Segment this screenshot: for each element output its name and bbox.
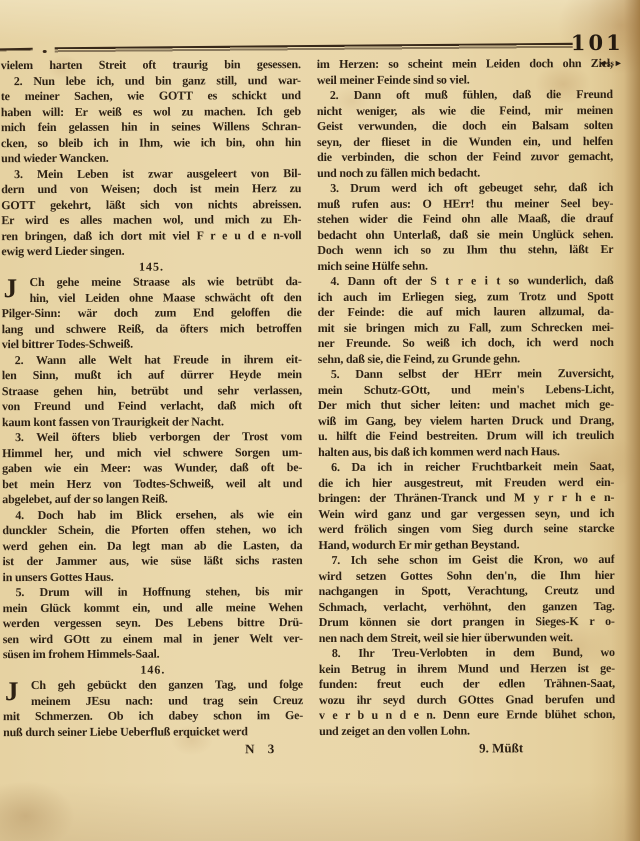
text-line: halten aus, bis daß ich kommen werd nach… (318, 443, 614, 460)
text-line: werden vergessen seyn. Des Lebens bittre… (3, 615, 303, 632)
text-line: Wein wird ganz und gar vergessen seyn, u… (318, 505, 614, 522)
text-line: 3. Mein Leben ist zwar ausgeleert von Bi… (1, 166, 301, 183)
left-text-column: vielem harten Streit oft traurig bin ges… (1, 57, 303, 740)
text-line: 4. Dann oft der S t r e i t so wunderlic… (317, 273, 613, 290)
head-rule-left-segment (0, 48, 33, 53)
text-line: muß rufen aus: O HErr! thu meiner Seel b… (317, 195, 613, 212)
text-line: Der mich thut sicher leiten: und machet … (318, 397, 614, 414)
text-line: len Sinn, mußt ich auf dürrer Heyde mein (2, 367, 302, 384)
text-line: 4. Doch hab im Blick ersehen, als wie ei… (2, 507, 302, 524)
text-line: 2. Nun lebe ich, und bin ganz still, und… (1, 73, 301, 90)
text-line: gaben wie ein Meer: was Wunder, daß oft … (2, 460, 302, 477)
text-line: meinem JEsu nach: und trag sein Creuz (3, 693, 303, 710)
signature-mark: N 3 (245, 741, 274, 757)
text-line: von Freund und Feind verlacht, daß mich … (2, 398, 302, 415)
text-line: dern und von Weisen; doch ist mein Herz … (1, 181, 301, 198)
drop-cap-initial: J (3, 274, 16, 302)
text-line: die verbinden, die schon der Feind zuvor… (317, 149, 613, 166)
text-line: ich auch im Erliegen sieg, zum Trotz und… (318, 288, 614, 305)
text-line: mein Schutz-GOtt, und mein's Lebens-Lich… (318, 381, 614, 398)
text-line: v e r b u n d e n. Denn eure Ernde blühe… (319, 707, 615, 724)
text-line: lang und schwere Reiß, da öfters mich be… (2, 321, 302, 338)
text-line: mein Glück kommt ein, und alle meine Weh… (3, 600, 303, 617)
text-line: Doch wenn ich so zu Ihm thu stehn, läßt … (317, 242, 613, 259)
text-line: nachgangen in Spott, Verachtung, Creutz … (319, 583, 615, 600)
text-line: mit Schmerzen. Ob ich dabey schon im Ge- (3, 708, 303, 725)
text-line: wird setzen Gottes Sohn den'n, die Ihm h… (319, 567, 615, 584)
text-line: der Feinde: die auf mich lauren allzumal… (318, 304, 614, 321)
text-line: in unsers Gottes Haus. (3, 569, 303, 586)
head-rule (55, 43, 573, 54)
text-line: werd frölich singen vom Sieg durch seine… (318, 521, 614, 538)
text-line: dunckler Schein, die Pforten offen stehe… (2, 522, 302, 539)
text-line: ewig werd Lieder singen. (1, 243, 301, 260)
text-line: mich seine Hülfe sehn. (317, 257, 613, 274)
hymn-number-heading: 145. (1, 259, 301, 276)
text-line: 3. Drum werd ich oft gebeuget sehr, daß … (317, 180, 613, 197)
text-line: JCh gehe meine Straase als wie betrübt d… (1, 274, 301, 291)
right-text-column: im Herzen: so scheint mein Leiden doch o… (317, 56, 615, 739)
text-line: bedacht ohn Unterlaß, daß sie mein Unglü… (317, 226, 613, 243)
book-page-scan: 101 ◄ss► vielem harten Streit oft trauri… (0, 0, 640, 841)
text-line: 7. Ich sehe schon im Geist die Kron, wo … (318, 552, 614, 569)
text-line: stehen wider die Feind ohn alle Maaß, di… (317, 211, 613, 228)
text-line: Schmach, verlacht, verhöhnt, den ganzen … (319, 598, 615, 615)
text-line: haben will: Er weiß es wol zu machen. Ic… (1, 104, 301, 121)
text-line: 2. Dann oft muß fühlen, daß die Freund (317, 87, 613, 104)
page-number: 101 (571, 32, 624, 54)
text-line: kein Betrug in ihrem Mund und Herzen ist… (319, 660, 615, 677)
text-line: GOTT gekehrt, läßt sich von nichts abrei… (1, 197, 301, 214)
hymn-number-heading: 146. (3, 662, 303, 679)
text-line: Er wird es alles machen wol, und mich zu… (1, 212, 301, 229)
text-line: 5. Dann selbst der HErr mein Zuversicht, (318, 366, 614, 383)
text-line: bet mein Herz von Todtes-Schweiß, weil a… (2, 476, 302, 493)
text-line: cken, so bleib ich in Ihm, wie ich bin, … (1, 135, 301, 152)
text-line: ist der Jammer aus, wie süse läßt sichs … (2, 553, 302, 570)
catchword: 9. Müßt (479, 740, 523, 756)
text-line: und noch zu fällen mich bedacht. (317, 164, 613, 181)
text-line: und wieder Wancken. (1, 150, 301, 167)
text-line: mich fein gelassen hin in seines Willens… (1, 119, 301, 136)
text-line: bringen: der Thränen-Tranck und M y r r … (318, 490, 614, 507)
text-line: Geist verwunden, die doch ein Balsam sol… (317, 118, 613, 135)
text-line: sen wird GOtt zu einem mal in jener Welt… (3, 631, 303, 648)
text-line: nuß durch seiner Liebe Ueberfluß erquick… (3, 724, 303, 741)
text-line: Straase gehen hin, betrübt und sehr verl… (2, 383, 302, 400)
text-line: viel bittrer Todes-Schweiß. (2, 336, 302, 353)
text-line: süsen im frohem Himmels-Saal. (3, 646, 303, 663)
text-line: 5. Drum will in Hoffnung stehen, bis mir (3, 584, 303, 601)
text-line: mit sie bringen mich zu Fall, zum Schrec… (318, 319, 614, 336)
text-line: die ich hier ausgestreut, mit Freuden we… (318, 474, 614, 491)
drop-cap-initial: J (5, 677, 18, 705)
text-line: und zeiget an den vollen Lohn. (319, 722, 615, 739)
text-line: im Herzen: so scheint mein Leiden doch o… (317, 56, 613, 73)
text-line: ner Freunde. So weiß ich doch, ich werd … (318, 335, 614, 352)
text-line: funden: freut euch der edlen Trähnen-Saa… (319, 676, 615, 693)
text-line: Pilger-Sinn: wär doch zum End geloffen d… (2, 305, 302, 322)
text-line: kaum kont fassen von Traurigkeit der Nac… (2, 414, 302, 431)
text-line: vielem harten Streit oft traurig bin ges… (1, 57, 301, 74)
text-line: 3. Weil öfters blieb verborgen der Trost… (2, 429, 302, 446)
text-line: weil meiner Feinde sind so viel. (317, 71, 613, 88)
text-line: seyn, der flieset in die Wunden ein, und… (317, 133, 613, 150)
text-line: te meiner Sachen, wie GOTT es schickt un… (1, 88, 301, 105)
text-line: nicht weniger, als wie die Feind, mir me… (317, 102, 613, 119)
text-line: ren bringen, daß ich dort mit viel F r e… (1, 228, 301, 245)
text-line: wiß im Gang, bey vielem harten Druck und… (318, 412, 614, 429)
text-line: werd gehen ein. Da legt man ab die Laste… (2, 538, 302, 555)
text-line: nen nach dem Streit, weil sie hier überw… (319, 629, 615, 646)
text-line: sehn, daß sie, die Feind, zu Grunde gehn… (318, 350, 614, 367)
text-line: 8. Ihr Treu-Verlobten in dem Bund, wo (319, 645, 615, 662)
text-line: wozu ihr seyd durch GOttes Gnad berufen … (319, 691, 615, 708)
text-line: u. hilft die Feind bestreiten. Drum will… (318, 428, 614, 445)
text-line: JCh geh gebückt den ganzen Tag, und folg… (3, 677, 303, 694)
text-line: abgelebet, auf der so langen Reiß. (2, 491, 302, 508)
text-line: 2. Wann alle Welt hat Freude in ihrem ei… (2, 352, 302, 369)
page-content: 101 ◄ss► vielem harten Streit oft trauri… (0, 0, 640, 841)
text-line: 6. Da ich in reicher Fruchtbarkeit mein … (318, 459, 614, 476)
text-line: Drum können sie dort prangen in Sieges-K… (319, 614, 615, 631)
head-rule-dot (43, 50, 47, 53)
text-line: hin, viel Leiden ohne Maase schwächt oft… (2, 290, 302, 307)
text-line: Himmel her, und mich viel schwere Sorgen… (2, 445, 302, 462)
text-line: Hand, wodurch Er mir gethan Beystand. (318, 536, 614, 553)
